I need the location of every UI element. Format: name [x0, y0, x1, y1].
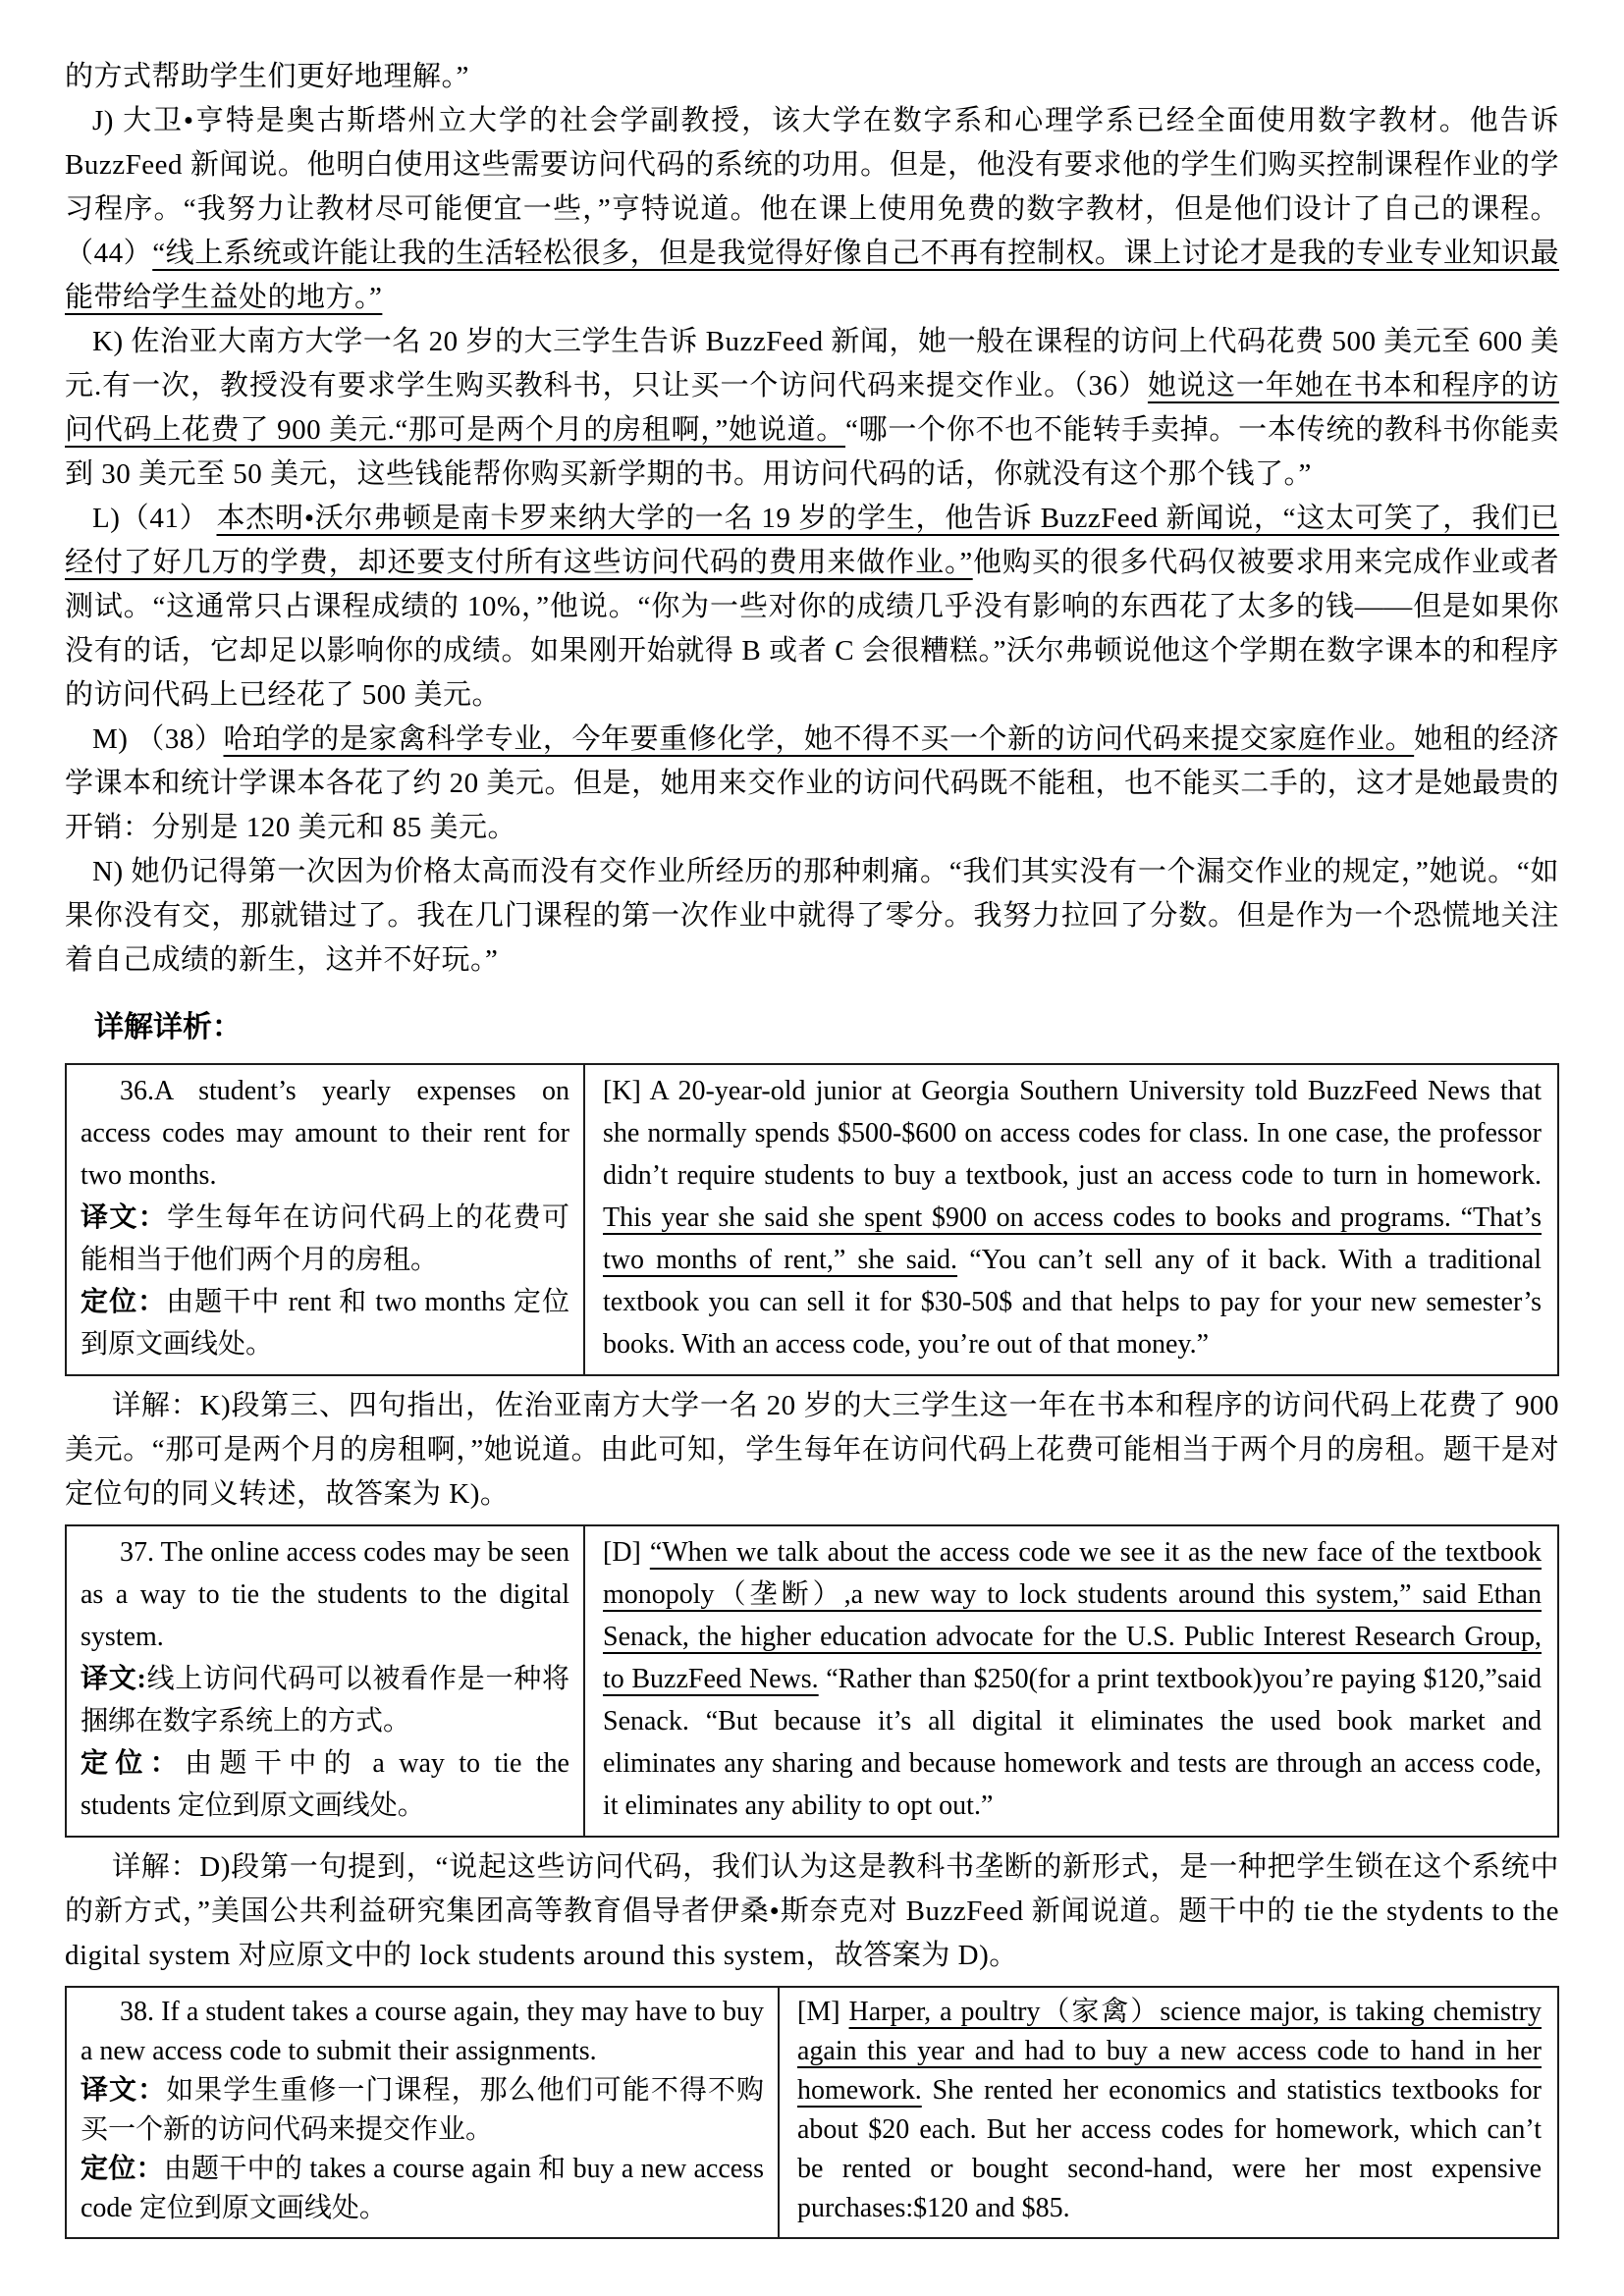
question-cell-38: 38. If a student takes a course again, t… — [67, 1988, 780, 2237]
analysis-section: 详解详析： 36.A student’s yearly expenses on … — [65, 1008, 1559, 2239]
qa-table-38: 38. If a student takes a course again, t… — [65, 1986, 1559, 2239]
question-cell-37: 37. The online access codes may be seen … — [67, 1526, 585, 1836]
source-passage-cell-37: [D] “When we talk about the access code … — [585, 1526, 1557, 1836]
passage-paragraph-n: N) 她仍记得第一次因为价格太高而没有交作业所经历的那种刺痛。“我们其实没有一个… — [65, 850, 1559, 983]
question-text-37: 37. The online access codes may be seen … — [81, 1531, 569, 1658]
question-translation-36: 译文：学生每年在访问代码上的花费可能相当于他们两个月的房租。 — [81, 1197, 569, 1281]
question-location-36: 定位：由题干中 rent 和 two months 定位到原文画线处。 — [81, 1281, 569, 1365]
source-passage-text-38: [M] Harper, a poultry（家禽）science major, … — [797, 1993, 1542, 2228]
question-translation-38: 译文：如果学生重修一门课程，那么他们可能不得不购买一个新的访问代码来提交作业。 — [81, 2071, 764, 2150]
question-translation-37: 译文:线上访问代码可以被看作是一种将捆绑在数字系统上的方式。 — [81, 1658, 569, 1742]
passage-paragraph-k: K) 佐治亚大南方大学一名 20 岁的大三学生告诉 BuzzFeed 新闻，她一… — [65, 320, 1559, 497]
source-passage-cell-36: [K] A 20-year-old junior at Georgia Sout… — [585, 1065, 1557, 1374]
question-location-37: 定位：由题干中的 a way to tie the students 定位到原文… — [81, 1742, 569, 1827]
document-page: 的方式帮助学生们更好地理解。” J) 大卫•亨特是奥古斯塔州立大学的社会学副教授… — [0, 0, 1624, 2296]
source-passage-text-37: [D] “When we talk about the access code … — [603, 1531, 1542, 1827]
passage-paragraph-l: L)（41） 本杰明•沃尔弗顿是南卡罗来纳大学的一名 19 岁的学生，他告诉 B… — [65, 497, 1559, 718]
source-passage-cell-38: [M] Harper, a poultry（家禽）science major, … — [780, 1988, 1557, 2237]
question-text-36: 36.A student’s yearly expenses on access… — [81, 1070, 569, 1197]
qa-table-36: 36.A student’s yearly expenses on access… — [65, 1063, 1559, 1376]
passage-paragraph-j: J) 大卫•亨特是奥古斯塔州立大学的社会学副教授，该大学在数字系和心理学系已经全… — [65, 99, 1559, 320]
explanation-paragraph-37: 详解：D)段第一句提到，“说起这些访问代码，我们认为这是教科书垄断的新形式，是一… — [65, 1845, 1559, 1978]
analysis-heading: 详解详析： — [94, 1008, 1559, 1047]
passage-paragraph-continuation: 的方式帮助学生们更好地理解。” — [65, 55, 1559, 99]
passage-paragraph-m: M) （38）哈珀学的是家禽科学专业，今年要重修化学，她不得不买一个新的访问代码… — [65, 718, 1559, 850]
question-location-38: 定位：由题干中的 takes a course again 和 buy a ne… — [81, 2150, 764, 2228]
question-cell-36: 36.A student’s yearly expenses on access… — [67, 1065, 585, 1374]
explanation-paragraph-36: 详解：K)段第三、四句指出，佐治亚南方大学一名 20 岁的大三学生这一年在书本和… — [65, 1384, 1559, 1517]
source-passage-text-36: [K] A 20-year-old junior at Georgia Sout… — [603, 1070, 1542, 1365]
passage-translation-block: 的方式帮助学生们更好地理解。” J) 大卫•亨特是奥古斯塔州立大学的社会学副教授… — [65, 55, 1559, 983]
qa-table-37: 37. The online access codes may be seen … — [65, 1524, 1559, 1838]
question-text-38: 38. If a student takes a course again, t… — [81, 1993, 764, 2071]
